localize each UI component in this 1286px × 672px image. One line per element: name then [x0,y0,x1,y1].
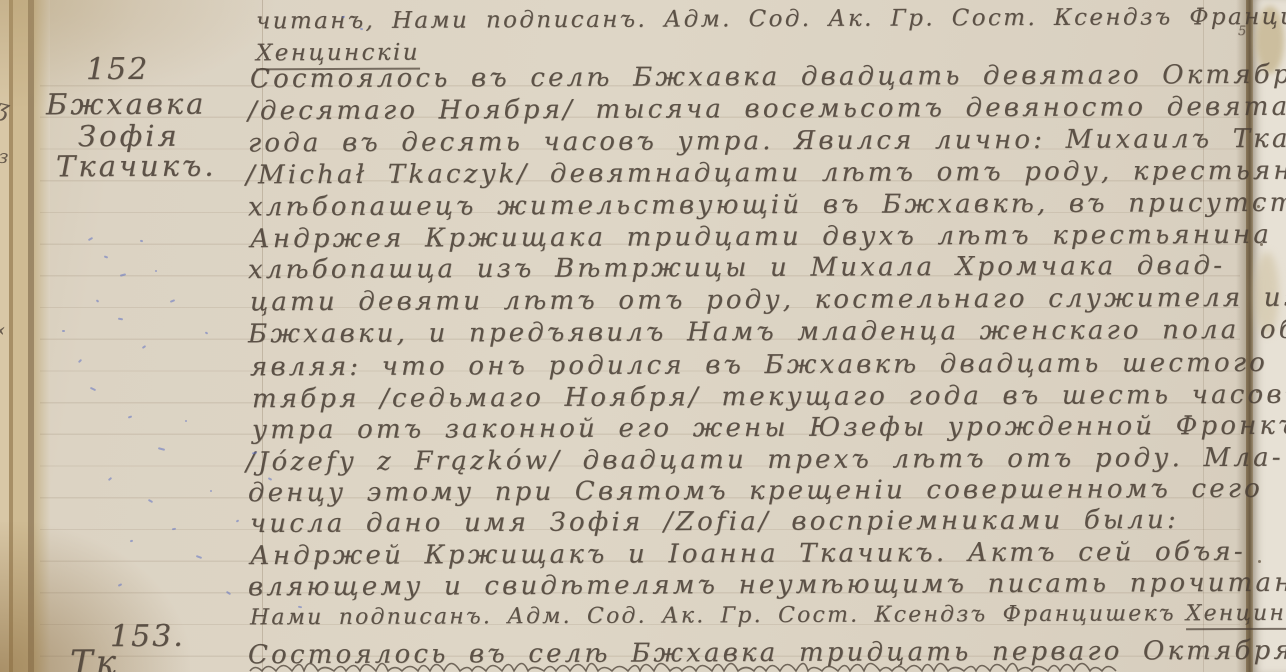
register-page-scan: { "page": { "kind": "handwritten parish … [0,0,1286,672]
record-152-line: вляющему и свидѣтелямъ неумѣющимъ писать… [248,568,1286,603]
record-152-margin-name: Бжхавка [46,89,207,120]
page-corner-mark: 5 [1238,24,1250,39]
closing-text: Нами подписанъ. Адм. Сод. Ак. Гр. Сост. … [250,601,1176,630]
record-152-line: года въ десять часовъ утра. Явился лично… [248,124,1286,159]
record-153-margin-name-partial: Тк [70,648,119,672]
cut-off-line-strokes [246,659,1206,672]
record-153-number: 153. [110,622,185,652]
blue-ink-speckle [140,240,143,243]
record-152-line: числа дано имя Зофія /Zofia/ воспріемник… [250,505,1179,539]
record-152-line: тября /седьмаго Ноября/ текущаго года въ… [252,380,1286,415]
previous-record-closing-line: читанъ, Нами подписанъ. Адм. Сод. Ак. Гр… [256,2,1286,37]
record-152-line: /Józefy z Frązków/ двадцати трехъ лѣтъ о… [246,443,1284,478]
record-152-margin-name: Зофія [78,121,180,151]
record-152-line: являя: что онъ родился въ Бжхавкѣ двадца… [250,348,1286,383]
blue-ink-speckle [185,420,187,422]
paper-speck [1258,560,1261,563]
record-152-line: Андржея Кржищака тридцати двухъ лѣтъ кре… [250,220,1272,254]
blue-ink-speckle [62,330,65,332]
blue-ink-speckle [155,270,157,272]
record-152-line: цати девяти лѣтъ отъ роду, костельнаго с… [250,283,1286,318]
record-152-line: денцу этому при Святомъ крещеніи соверше… [248,474,1263,508]
blue-ink-speckle [298,606,302,609]
record-152-line: Состоялось въ селѣ Бжхавка двадцать девя… [250,60,1286,95]
record-152-line: /Michał Tkaczyk/ девятнадцати лѣтъ отъ р… [246,156,1286,191]
record-152-closing-line: Нами подписанъ. Адм. Сод. Ак. Гр. Сост. … [250,599,1286,634]
record-152-line: хлѣбопашца изъ Вѣтржицы и Михала Хромчак… [248,251,1225,285]
record-152-number: 152 [86,55,149,85]
record-152-line: утра отъ законной его жены Юзефы урожден… [252,411,1286,446]
priest-signature-text: Хенцинскіи [1186,601,1286,631]
stray-ink-mark: ‹ [0,320,5,341]
blue-ink-speckle [210,490,212,492]
blue-ink-speckle [360,28,363,31]
record-152-line: Андржей Кржищакъ и Іоанна Ткачикъ. Актъ … [250,537,1246,571]
record-152-line: /десятаго Ноября/ тысяча восемьсотъ девя… [248,92,1286,127]
record-152-line: хлѣбопашецъ жительствующій въ Бжхавкѣ, в… [248,188,1286,223]
record-152-margin-name: Ткачикъ. [56,151,217,182]
record-152-line: Бжхавки, и предъявилъ Намъ младенца женс… [248,315,1286,350]
